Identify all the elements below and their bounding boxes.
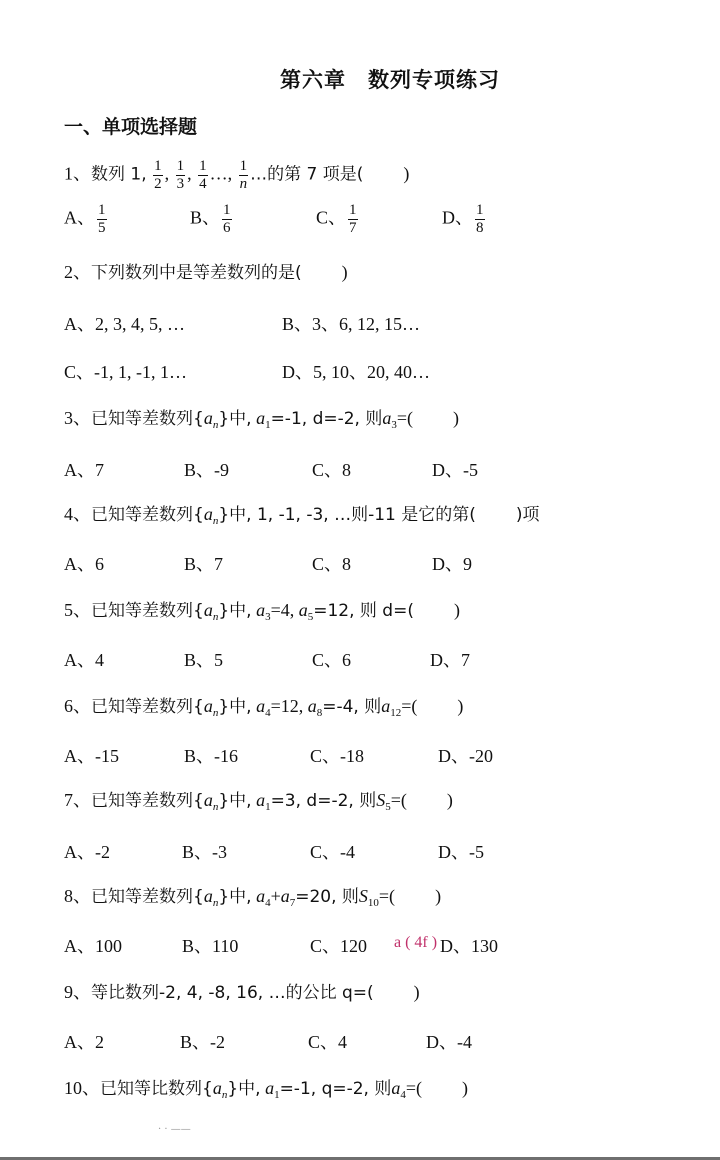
option-a[interactable]: A、6: [64, 550, 104, 576]
close-paren: ): [454, 600, 460, 620]
question-text: 等比数列-2, 4, -8, 16, …的公比 q=(: [91, 983, 374, 1003]
handwritten-mark: a ( 4f ): [394, 934, 437, 952]
question-text: 已知等差数列{: [91, 505, 204, 525]
question-6: 6、已知等差数列{an}中, a4=12, a8=-4, 则a12=(): [64, 694, 463, 725]
denominator: 4: [198, 176, 208, 193]
option-value: -1, 1, -1, 1…: [94, 362, 187, 382]
question-number: 10、: [64, 1078, 100, 1098]
question-number: 1、: [64, 164, 91, 184]
option-label: C、: [310, 936, 340, 956]
comma: ,: [187, 164, 192, 184]
option-label: B、: [180, 1032, 210, 1052]
question-number: 6、: [64, 696, 91, 716]
term-variable: a: [256, 696, 265, 716]
subscript: 12: [390, 707, 401, 719]
close-paren: ): [462, 1078, 468, 1098]
option-value: 2: [95, 1032, 104, 1052]
denominator: 7: [348, 220, 358, 237]
subscript: 10: [368, 897, 379, 909]
option-a[interactable]: A、4: [64, 646, 104, 672]
term-variable: a: [256, 600, 265, 620]
fraction: 14: [198, 158, 208, 193]
option-c[interactable]: C、-4: [310, 838, 355, 864]
option-label: C、: [312, 650, 342, 670]
option-a[interactable]: A、15: [64, 202, 109, 237]
question-text: 已知等差数列{: [91, 697, 204, 717]
question-text: …的第 7 项是(: [250, 165, 363, 185]
option-value: -18: [340, 746, 364, 766]
option-value: -2: [95, 842, 110, 862]
numerator: 1: [176, 158, 186, 176]
question-text: 已知等比数列{: [100, 1079, 213, 1099]
option-label: A、: [64, 460, 95, 480]
option-b[interactable]: B、7: [184, 550, 223, 576]
option-label: C、: [64, 362, 94, 382]
denominator: 8: [475, 220, 485, 237]
scan-smudge: · · ——: [158, 1124, 191, 1135]
question-4: 4、已知等差数列{an}中, 1, -1, -3, …则-11 是它的第()项: [64, 502, 540, 533]
option-a[interactable]: A、2: [64, 1028, 104, 1054]
numerator: 1: [97, 202, 107, 220]
option-value: -2: [210, 1032, 225, 1052]
option-value: 8: [342, 554, 351, 574]
option-value: -4: [457, 1032, 472, 1052]
option-a[interactable]: A、-2: [64, 838, 110, 864]
option-d[interactable]: D、18: [442, 202, 487, 237]
option-value: 3、6, 12, 15…: [312, 314, 420, 334]
term-variable: a: [308, 696, 317, 716]
option-value: 5, 10、20, 40…: [313, 362, 430, 382]
fraction: 1n: [239, 158, 249, 193]
question-text: }中,: [218, 409, 251, 429]
option-label: D、: [282, 362, 313, 382]
question-number: 2、: [64, 262, 91, 282]
plus-sign: +: [271, 886, 281, 906]
option-label: C、: [310, 746, 340, 766]
option-label: B、: [190, 208, 220, 228]
option-b[interactable]: B、-16: [184, 742, 238, 768]
equals-paren: =(: [379, 886, 395, 906]
question-text: }中,: [218, 887, 251, 907]
close-paren: ): [342, 262, 348, 282]
option-b[interactable]: B、-2: [180, 1028, 225, 1054]
chapter-title: 第六章数列专项练习: [280, 64, 500, 94]
question-text: }中, 1, -1, -3, …则-11 是它的第(: [218, 505, 476, 525]
numerator: 1: [198, 158, 208, 176]
question-number: 5、: [64, 600, 91, 620]
question-text: 下列数列中是等差数列的是(: [91, 263, 302, 283]
close-paren: ): [414, 982, 420, 1002]
option-label: D、: [438, 746, 469, 766]
option-b[interactable]: B、5: [184, 646, 223, 672]
sequence-variable: a: [204, 504, 213, 524]
close-paren: ): [447, 790, 453, 810]
option-d[interactable]: D、7: [430, 646, 470, 672]
option-label: D、: [440, 936, 471, 956]
sequence-variable: a: [204, 886, 213, 906]
option-label: A、: [64, 1032, 95, 1052]
option-label: C、: [308, 1032, 338, 1052]
question-3: 3、已知等差数列{an}中, a1=-1, d=-2, 则a3=(): [64, 406, 459, 437]
condition-text: =4,: [271, 600, 295, 620]
option-b[interactable]: B、110: [182, 932, 238, 958]
option-a[interactable]: A、7: [64, 456, 104, 482]
fraction: 18: [475, 202, 485, 237]
term-variable: a: [382, 408, 391, 428]
sequence-variable: a: [204, 408, 213, 428]
sequence-variable: a: [204, 600, 213, 620]
option-d[interactable]: D、5, 10、20, 40…: [282, 358, 430, 384]
numerator: 1: [222, 202, 232, 220]
option-value: -20: [469, 746, 493, 766]
option-value: 100: [95, 936, 122, 956]
numerator: 1: [239, 158, 249, 176]
condition-text: =-4, 则: [322, 697, 381, 717]
worksheet-page: 第六章数列专项练习 一、单项选择题 1、数列 1, 12, 13, 14…, 1…: [0, 0, 720, 1160]
option-c[interactable]: C、4: [308, 1028, 347, 1054]
option-d[interactable]: D、9: [432, 550, 472, 576]
sequence-variable: a: [204, 696, 213, 716]
option-c[interactable]: C、6: [312, 646, 351, 672]
option-c[interactable]: C、17: [316, 202, 360, 237]
term-variable: a: [281, 886, 290, 906]
option-label: C、: [310, 842, 340, 862]
question-5: 5、已知等差数列{an}中, a3=4, a5=12, 则 d=(): [64, 598, 460, 629]
question-number: 9、: [64, 982, 91, 1002]
option-value: 6: [342, 650, 351, 670]
numerator: 1: [348, 202, 358, 220]
denominator: n: [239, 176, 249, 193]
option-label: B、: [184, 650, 214, 670]
option-label: C、: [312, 554, 342, 574]
close-paren: ): [403, 164, 409, 184]
option-c[interactable]: C、8: [312, 456, 351, 482]
option-value: -16: [214, 746, 238, 766]
option-value: -9: [214, 460, 229, 480]
condition-text: =-1, d=-2, 则: [271, 409, 383, 429]
denominator: 3: [176, 176, 186, 193]
question-9: 9、等比数列-2, 4, -8, 16, …的公比 q=(): [64, 980, 420, 1005]
option-value: 2, 3, 4, 5, …: [95, 314, 185, 334]
option-label: D、: [432, 460, 463, 480]
option-label: A、: [64, 314, 95, 334]
option-label: B、: [282, 314, 312, 334]
term-variable: a: [299, 600, 308, 620]
option-label: C、: [312, 460, 342, 480]
question-text: }中,: [218, 791, 251, 811]
denominator: 5: [97, 220, 107, 237]
denominator: 6: [222, 220, 232, 237]
option-b[interactable]: B、16: [190, 202, 234, 237]
option-value: 8: [342, 460, 351, 480]
option-label: A、: [64, 650, 95, 670]
option-b[interactable]: B、-9: [184, 456, 229, 482]
question-text: 已知等差数列{: [91, 791, 204, 811]
equals-paren: =(: [406, 1078, 422, 1098]
option-b[interactable]: B、-3: [182, 838, 227, 864]
option-label: C、: [316, 208, 346, 228]
option-value: -5: [463, 460, 478, 480]
equals-paren: =(: [391, 790, 407, 810]
fraction: 15: [97, 202, 107, 237]
option-d[interactable]: D、130: [440, 932, 498, 958]
option-label: A、: [64, 746, 95, 766]
option-value: 6: [95, 554, 104, 574]
chapter-number: 第六章: [280, 68, 346, 92]
option-label: B、: [184, 554, 214, 574]
option-b[interactable]: B、3、6, 12, 15…: [282, 310, 420, 336]
option-label: D、: [432, 554, 463, 574]
numerator: 1: [153, 158, 163, 176]
question-text: 已知等差数列{: [91, 887, 204, 907]
numerator: 1: [475, 202, 485, 220]
option-value: 4: [95, 650, 104, 670]
fraction: 12: [153, 158, 163, 193]
option-label: A、: [64, 842, 95, 862]
option-value: 4: [338, 1032, 347, 1052]
question-text: }中,: [218, 697, 251, 717]
term-variable: a: [391, 1078, 400, 1098]
ellipsis: …: [210, 164, 228, 184]
comma: ,: [165, 164, 170, 184]
question-number: 3、: [64, 408, 91, 428]
option-label: D、: [438, 842, 469, 862]
question-text: }中,: [218, 601, 251, 621]
option-value: 120: [340, 936, 367, 956]
option-label: D、: [426, 1032, 457, 1052]
close-paren: ): [457, 696, 463, 716]
sum-variable: S: [359, 886, 368, 906]
condition-text: =20, 则: [295, 887, 359, 907]
option-value: 7: [461, 650, 470, 670]
option-d[interactable]: D、-4: [426, 1028, 472, 1054]
option-d[interactable]: D、-5: [438, 838, 484, 864]
fraction: 16: [222, 202, 232, 237]
question-text: 数列 1,: [91, 165, 147, 185]
option-c[interactable]: C、-18: [310, 742, 364, 768]
equals-paren: =(: [401, 696, 417, 716]
question-text: 已知等差数列{: [91, 409, 204, 429]
option-value: -3: [212, 842, 227, 862]
option-a[interactable]: A、2, 3, 4, 5, …: [64, 310, 185, 336]
fraction: 13: [176, 158, 186, 193]
option-d[interactable]: D、-5: [432, 456, 478, 482]
condition-text: =12, 则 d=(: [313, 601, 414, 621]
sequence-variable: a: [204, 790, 213, 810]
option-label: A、: [64, 208, 95, 228]
term-variable: a: [381, 696, 390, 716]
option-label: B、: [184, 460, 214, 480]
option-label: B、: [182, 842, 212, 862]
question-number: 8、: [64, 886, 91, 906]
option-a[interactable]: A、100: [64, 932, 122, 958]
option-label: B、: [184, 746, 214, 766]
question-8: 8、已知等差数列{an}中, a4+a7=20, 则S10=(): [64, 884, 441, 915]
option-d[interactable]: D、-20: [438, 742, 493, 768]
term-variable: a: [265, 1078, 274, 1098]
term-variable: a: [256, 790, 265, 810]
option-label: D、: [442, 208, 473, 228]
condition-text: =-1, q=-2, 则: [280, 1079, 392, 1099]
option-c[interactable]: C、-1, 1, -1, 1…: [64, 358, 187, 384]
question-1: 1、数列 1, 12, 13, 14…, 1n…的第 7 项是(): [64, 158, 409, 193]
question-number: 4、: [64, 504, 91, 524]
close-paren: ): [435, 886, 441, 906]
section-heading: 一、单项选择题: [64, 112, 197, 139]
condition-text: =3, d=-2, 则: [271, 791, 377, 811]
option-value: -5: [469, 842, 484, 862]
sum-variable: S: [376, 790, 385, 810]
option-value: 110: [212, 936, 238, 956]
question-text: 已知等差数列{: [91, 601, 204, 621]
close-paren: ): [453, 408, 459, 428]
close-paren: )项: [516, 505, 540, 525]
fraction: 17: [348, 202, 358, 237]
question-number: 7、: [64, 790, 91, 810]
option-value: 7: [214, 554, 223, 574]
option-label: B、: [182, 936, 212, 956]
chapter-name: 数列专项练习: [368, 68, 500, 92]
term-variable: a: [256, 886, 265, 906]
denominator: 2: [153, 176, 163, 193]
question-10: 10、已知等比数列{an}中, a1=-1, q=-2, 则a4=(): [64, 1076, 468, 1107]
option-label: D、: [430, 650, 461, 670]
option-value: -4: [340, 842, 355, 862]
sequence-variable: a: [213, 1078, 222, 1098]
equals-paren: =(: [397, 408, 413, 428]
option-a[interactable]: A、-15: [64, 742, 119, 768]
option-value: 5: [214, 650, 223, 670]
option-value: 130: [471, 936, 498, 956]
option-label: A、: [64, 936, 95, 956]
option-value: 9: [463, 554, 472, 574]
option-c[interactable]: C、8: [312, 550, 351, 576]
term-variable: a: [256, 408, 265, 428]
option-value: -15: [95, 746, 119, 766]
option-value: 7: [95, 460, 104, 480]
question-7: 7、已知等差数列{an}中, a1=3, d=-2, 则S5=(): [64, 788, 453, 819]
option-c[interactable]: C、120: [310, 932, 367, 958]
condition-text: =12,: [271, 696, 304, 716]
question-2: 2、下列数列中是等差数列的是(): [64, 260, 348, 285]
comma: ,: [228, 164, 233, 184]
option-label: A、: [64, 554, 95, 574]
question-text: }中,: [227, 1079, 260, 1099]
